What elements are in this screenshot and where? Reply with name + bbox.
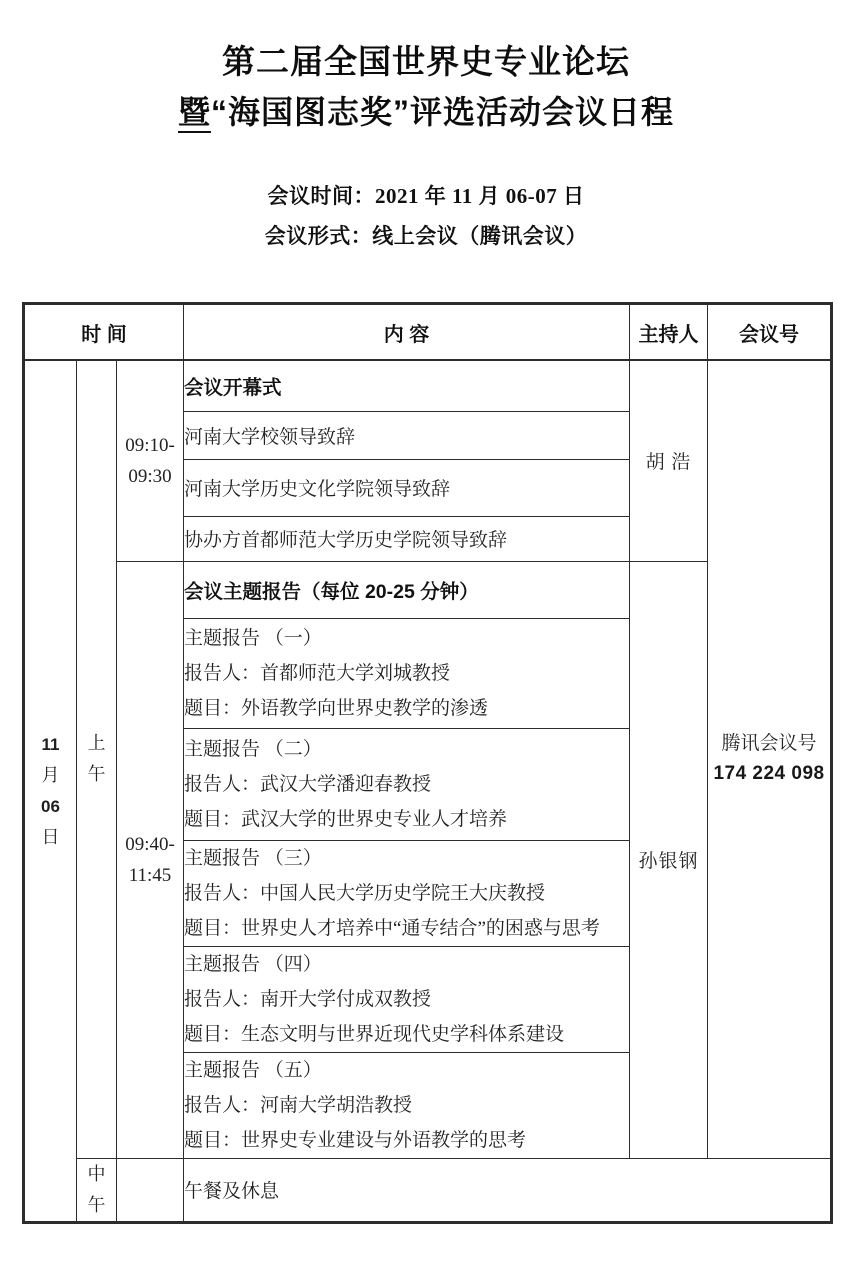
report-cell: 主题报告 （四） 报告人：南开大学付成双教授 题目：生态文明与世界近现代史学科体… xyxy=(184,946,630,1052)
morning-line: 上 xyxy=(77,728,116,759)
host-cell-keynote: 孙银钢 xyxy=(630,561,708,1158)
report-title: 主题报告 （四） xyxy=(184,947,629,982)
report-topic: 题目：外语教学向世界史教学的渗透 xyxy=(184,691,629,726)
keynote-time-cell: 09:40- 11:45 xyxy=(117,561,184,1158)
date-cell: 11 月 06 日 xyxy=(24,360,77,1222)
report-cell: 主题报告 （二） 报告人：武汉大学潘迎春教授 题目：武汉大学的世界史专业人才培养 xyxy=(184,728,630,840)
agenda-cell: 河南大学历史文化学院领导致辞 xyxy=(184,459,630,516)
meeting-id-cell: 腾讯会议号 174 224 098 xyxy=(708,360,832,1158)
time-line: 09:10- xyxy=(117,430,183,461)
report-speaker: 报告人：首都师范大学刘城教授 xyxy=(184,656,629,691)
meeting-id-number: 174 224 098 xyxy=(708,759,830,789)
document-page: 第二届全国世界史专业论坛 暨“海国图志奖”评选活动会议日程 会议时间：2021 … xyxy=(0,0,852,1262)
table-header-row: 时 间 内 容 主持人 会议号 xyxy=(24,304,832,361)
report-title: 主题报告 （二） xyxy=(184,732,629,767)
agenda-cell: 协办方首都师范大学历史学院领导致辞 xyxy=(184,516,630,561)
time-line: 09:40- xyxy=(117,829,183,860)
report-topic: 题目：武汉大学的世界史专业人才培养 xyxy=(184,802,629,837)
report-title: 主题报告 （五） xyxy=(184,1053,629,1088)
schedule-table: 时 间 内 容 主持人 会议号 11 月 06 日 上 午 09:10- 09:… xyxy=(22,302,833,1224)
meeting-format-line: 会议形式：线上会议（腾讯会议） xyxy=(0,216,852,256)
lunch-cell: 午餐及休息 xyxy=(184,1158,832,1222)
report-speaker: 报告人：武汉大学潘迎春教授 xyxy=(184,767,629,802)
date-line: 月 xyxy=(25,760,76,791)
morning-line: 午 xyxy=(77,759,116,790)
report-cell: 主题报告 （三） 报告人：中国人民大学历史学院王大庆教授 题目：世界史人才培养中… xyxy=(184,840,630,946)
date-line: 日 xyxy=(25,822,76,853)
report-topic: 题目：生态文明与世界近现代史学科体系建设 xyxy=(184,1017,629,1052)
report-title: 主题报告 （一） xyxy=(184,621,629,656)
report-speaker: 报告人：中国人民大学历史学院王大庆教授 xyxy=(184,876,629,911)
opening-title-cell: 会议开幕式 xyxy=(184,360,630,411)
col-header-meeting-id: 会议号 xyxy=(708,304,832,361)
date-line: 11 xyxy=(25,729,76,760)
noon-cell: 中 午 xyxy=(77,1158,117,1222)
morning-cell: 上 午 xyxy=(77,360,117,1158)
agenda-cell: 河南大学校领导致辞 xyxy=(184,411,630,459)
col-header-host: 主持人 xyxy=(630,304,708,361)
report-speaker: 报告人：南开大学付成双教授 xyxy=(184,982,629,1017)
page-subtitle: 暨“海国图志奖”评选活动会议日程 xyxy=(0,92,852,132)
report-title: 主题报告 （三） xyxy=(184,841,629,876)
opening-time-cell: 09:10- 09:30 xyxy=(117,360,184,561)
table-row: 中 午 午餐及休息 xyxy=(24,1158,832,1222)
meeting-id-label: 腾讯会议号 xyxy=(708,729,830,759)
noon-line: 午 xyxy=(77,1190,116,1221)
page-title: 第二届全国世界史专业论坛 xyxy=(0,42,852,82)
time-line: 09:30 xyxy=(117,461,183,492)
date-line: 06 xyxy=(25,791,76,822)
host-cell-opening: 胡 浩 xyxy=(630,360,708,561)
noon-time-cell-empty xyxy=(117,1158,184,1222)
report-cell: 主题报告 （五） 报告人：河南大学胡浩教授 题目：世界史专业建设与外语教学的思考 xyxy=(184,1052,630,1158)
report-topic: 题目：世界史人才培养中“通专结合”的困惑与思考 xyxy=(184,911,629,946)
col-header-content: 内 容 xyxy=(184,304,630,361)
subtitle-text: “海国图志奖”评选活动会议日程 xyxy=(211,94,674,130)
table-row: 11 月 06 日 上 午 09:10- 09:30 会议开幕式 胡 浩 腾讯会… xyxy=(24,360,832,411)
time-line: 11:45 xyxy=(117,860,183,891)
meeting-time-line: 会议时间：2021 年 11 月 06-07 日 xyxy=(0,176,852,216)
col-header-time: 时 间 xyxy=(24,304,184,361)
report-speaker: 报告人：河南大学胡浩教授 xyxy=(184,1088,629,1123)
subtitle-underlined-char: 暨 xyxy=(178,94,211,133)
report-topic: 题目：世界史专业建设与外语教学的思考 xyxy=(184,1123,629,1158)
keynote-title-cell: 会议主题报告（每位 20-25 分钟） xyxy=(184,561,630,618)
noon-line: 中 xyxy=(77,1159,116,1190)
report-cell: 主题报告 （一） 报告人：首都师范大学刘城教授 题目：外语教学向世界史教学的渗透 xyxy=(184,618,630,728)
